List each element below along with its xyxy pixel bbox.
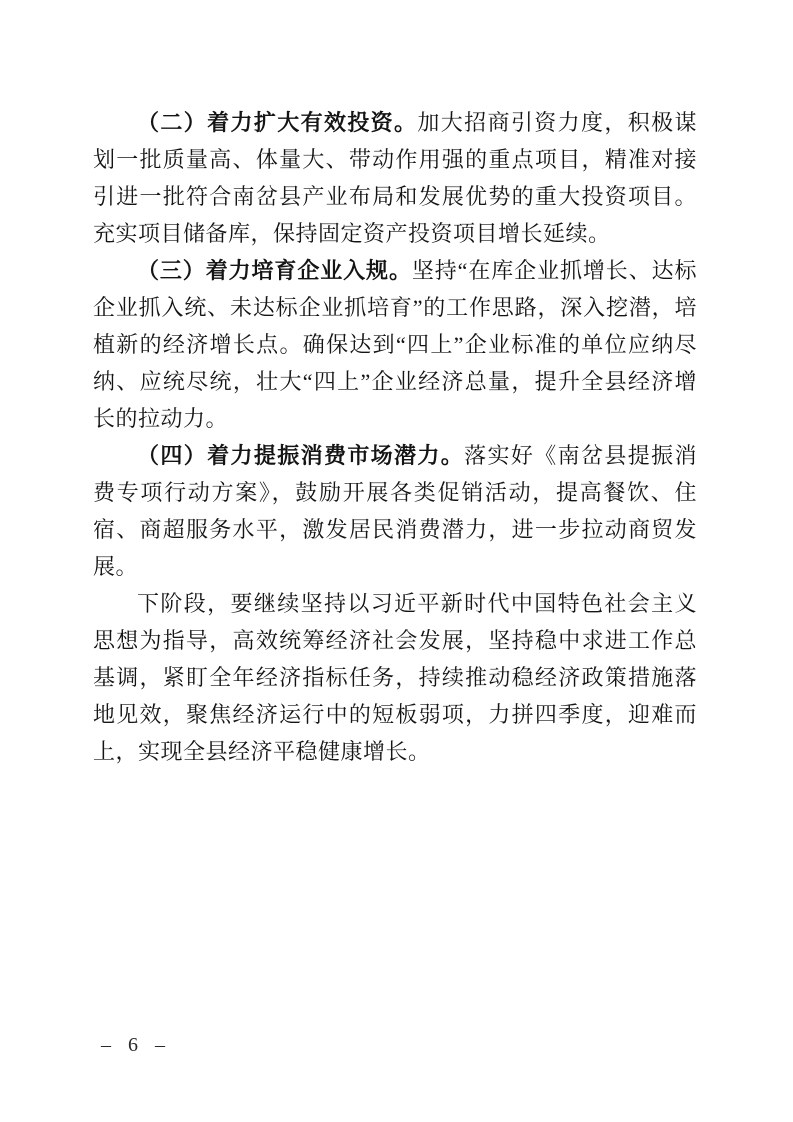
paragraph-body: 下阶段，要继续坚持以习近平新时代中国特色社会主义思想为指导，高效统筹经济社会发展… [93,591,697,764]
paragraph-heading: （四）着力提振消费市场潜力。 [137,443,464,468]
paragraph-body: 坚持“在库企业抓增长、达标企业抓入统、未达标企业抓培育”的工作思路，深入挖潜，培… [93,258,697,431]
paragraph-heading: （二）着力扩大有效投资。 [137,110,417,135]
paragraph: （四）着力提振消费市场潜力。落实好《南岔县提振消费专项行动方案》，鼓励开展各类促… [93,437,697,585]
paragraph: （二）着力扩大有效投资。加大招商引资力度，积极谋划一批质量高、体量大、带动作用强… [93,104,697,252]
paragraph: （三）着力培育企业入规。坚持“在库企业抓增长、达标企业抓入统、未达标企业抓培育”… [93,252,697,437]
paragraph: 下阶段，要继续坚持以习近平新时代中国特色社会主义思想为指导，高效统筹经济社会发展… [93,585,697,770]
document-page: （二）着力扩大有效投资。加大招商引资力度，积极谋划一批质量高、体量大、带动作用强… [0,0,793,1122]
paragraph-heading: （三）着力培育企业入规。 [137,258,412,283]
document-body: （二）着力扩大有效投资。加大招商引资力度，积极谋划一批质量高、体量大、带动作用强… [93,104,697,770]
page-number: – 6 – [101,1034,171,1057]
